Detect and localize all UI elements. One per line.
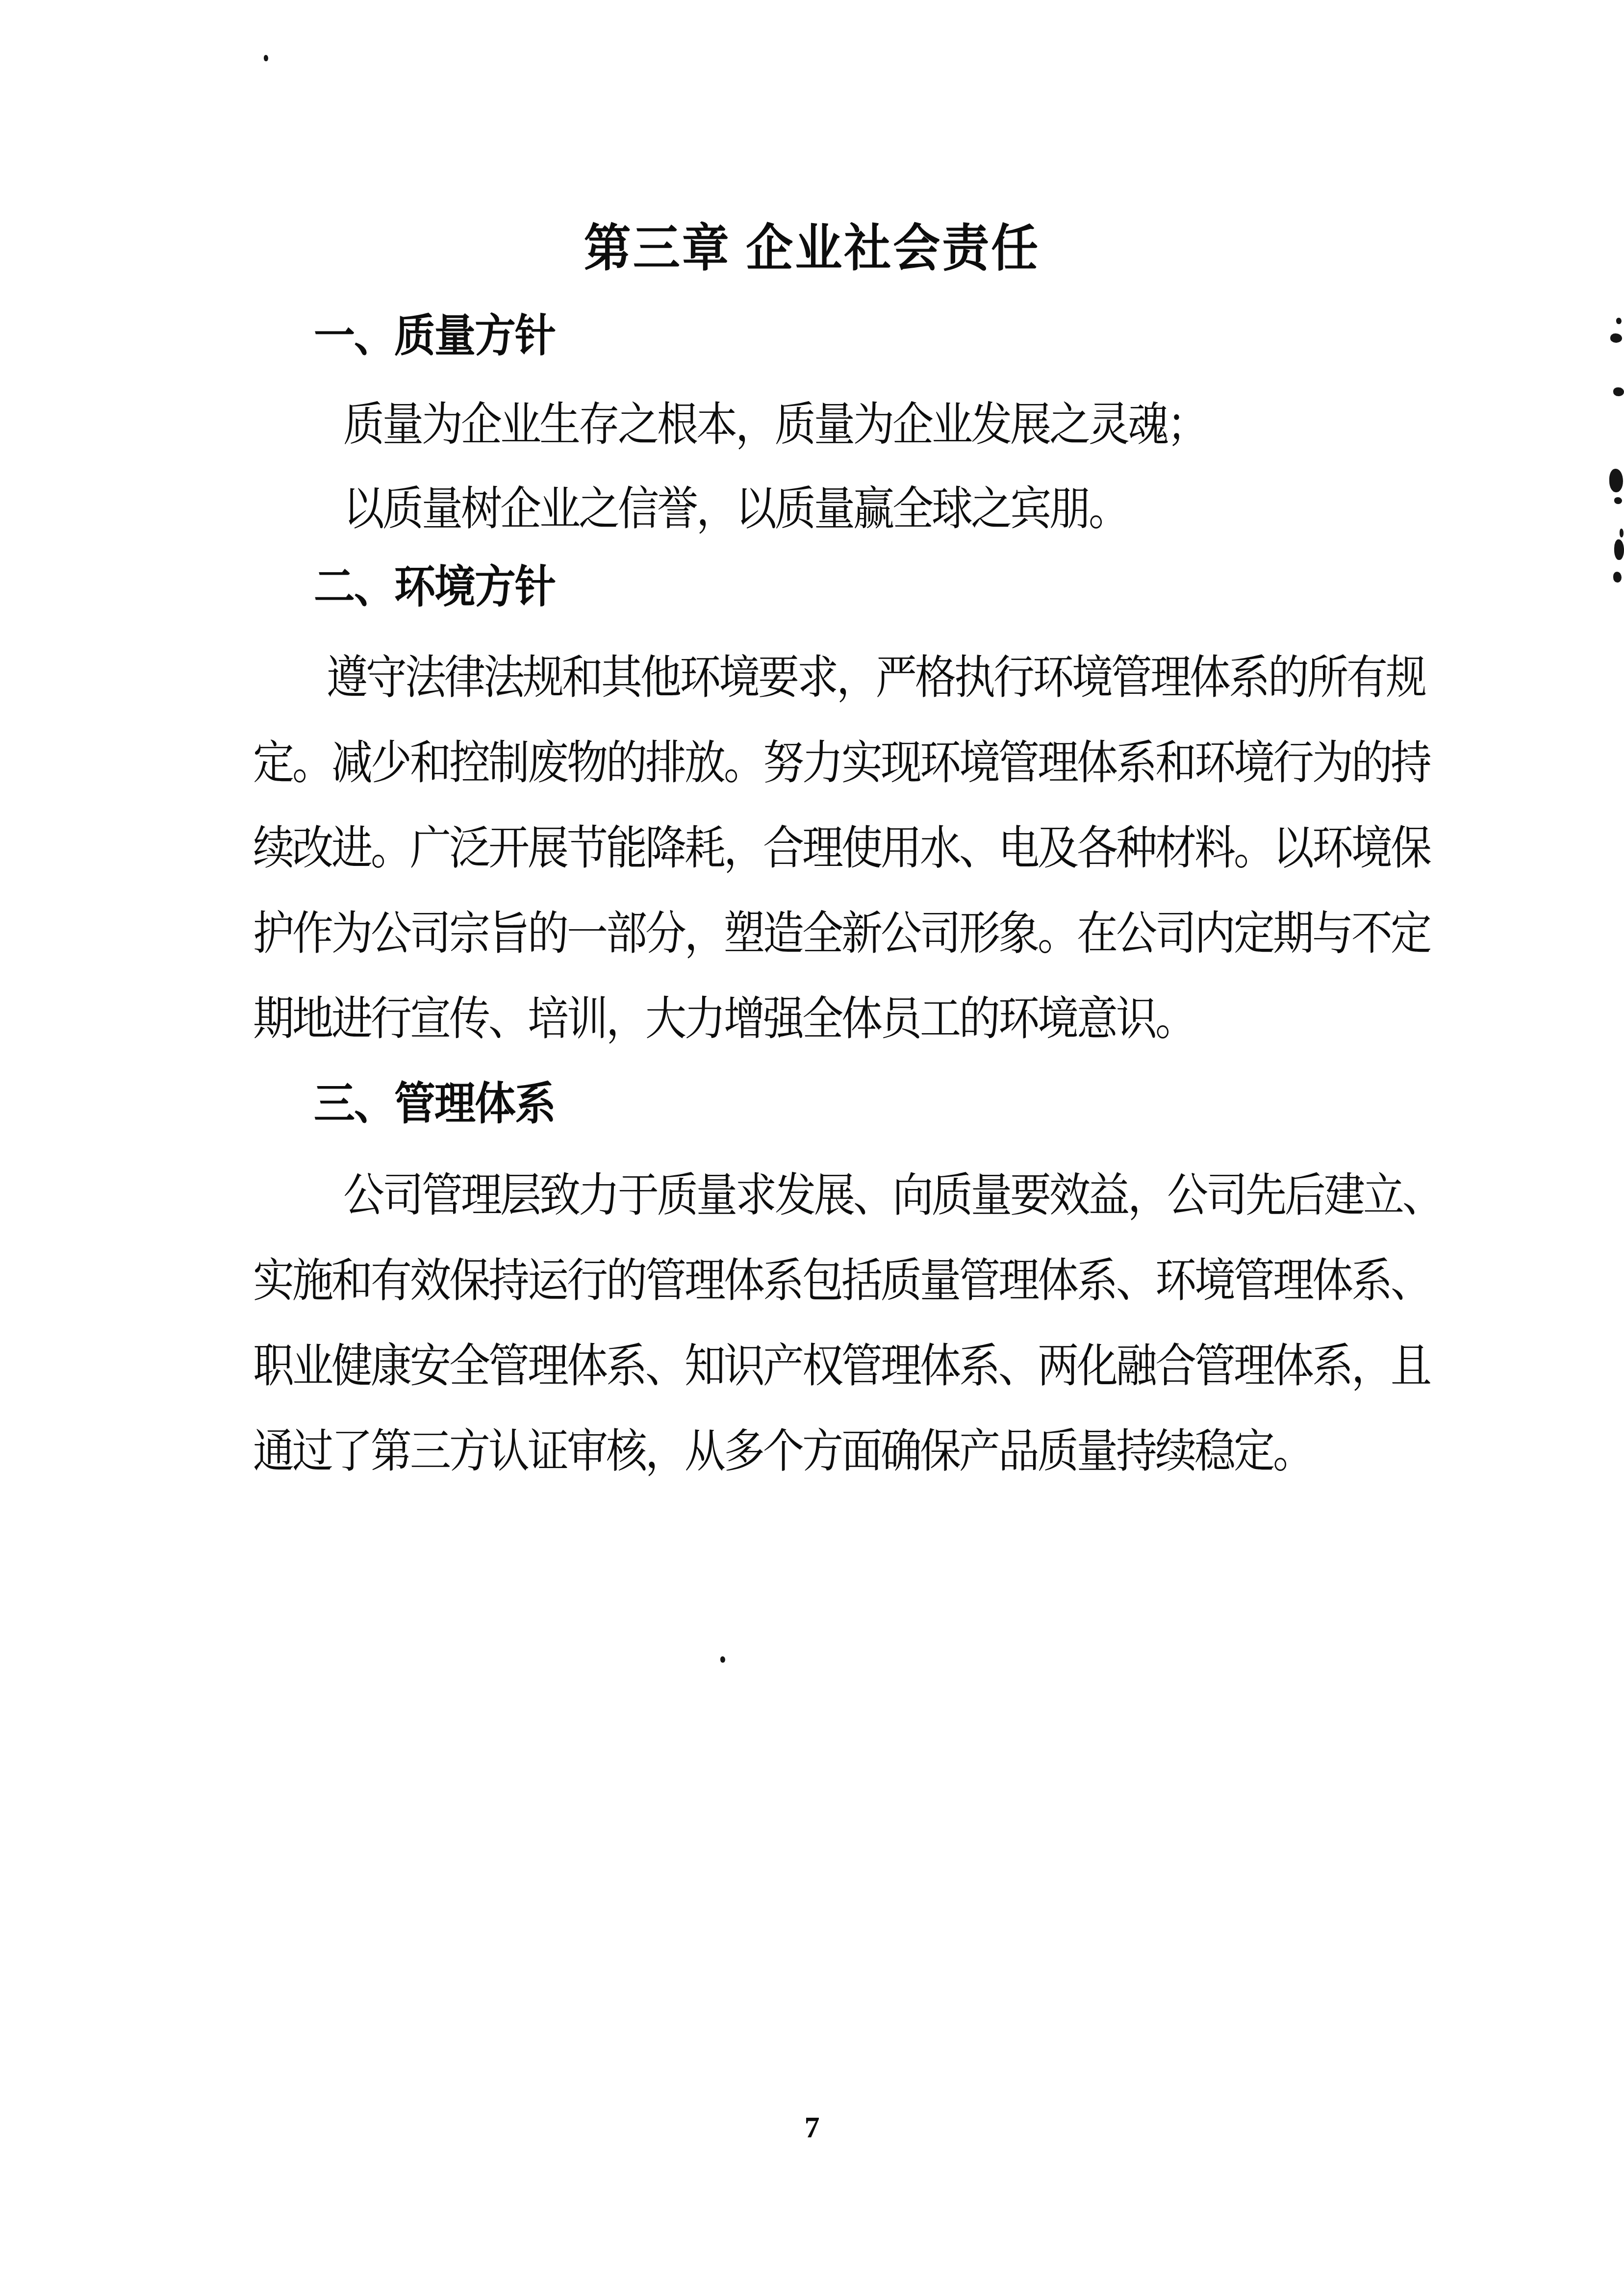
paragraph-line: 实施和有效保持运行的管理体系包括质量管理体系、环境管理体系、 [253, 1243, 1430, 1310]
paragraph-line: 通过了第三方认证审核，从多个方面确保产品质量持续稳定。 [253, 1414, 1312, 1481]
scanned-document-page: 第三章 企业社会责任 一、质量方针 质量为企业生存之根本，质量为企业发展之灵魂；… [0, 0, 1624, 2281]
scan-speck [1610, 333, 1622, 343]
section-heading-quality-policy: 一、质量方针 [314, 300, 555, 364]
scan-speck [1616, 318, 1622, 324]
paragraph-line: 定。减少和控制废物的排放。努力实现环境管理体系和环境行为的持 [253, 726, 1430, 792]
paragraph-line: 遵守法律法规和其他环境要求，严格执行环境管理体系的所有规 [327, 640, 1425, 707]
scan-speck [1613, 572, 1622, 583]
page-number: 7 [0, 2110, 1624, 2145]
scan-speck [1609, 469, 1623, 492]
scan-speck [1613, 387, 1624, 396]
section-heading-management-systems: 三、管理体系 [314, 1068, 555, 1132]
scan-speck [264, 55, 268, 61]
paragraph-line: 职业健康安全管理体系、知识产权管理体系、两化融合管理体系，且 [253, 1329, 1430, 1395]
scan-speck [1614, 539, 1624, 560]
paragraph-line: 期地进行宣传、培训，大力增强全体员工的环境意识。 [253, 982, 1194, 1048]
chapter-title: 第三章 企业社会责任 [0, 208, 1624, 280]
scan-speck [720, 1656, 725, 1663]
paragraph-line: 续改进。广泛开展节能降耗，合理使用水、电及各种材料。以环境保 [253, 811, 1430, 878]
paragraph-line: 护作为公司宗旨的一部分，塑造全新公司形象。在公司内定期与不定 [253, 896, 1430, 963]
scan-speck [1620, 529, 1624, 537]
paragraph-line: 以质量树企业之信誉，以质量赢全球之宾朋。 [343, 472, 1128, 538]
paragraph-line: 质量为企业生存之根本，质量为企业发展之灵魂； [343, 387, 1206, 454]
scan-speck [1614, 497, 1622, 504]
section-heading-environmental-policy: 二、环境方针 [314, 551, 555, 615]
paragraph-line: 公司管理层致力于质量求发展、向质量要效益，公司先后建立、 [343, 1158, 1442, 1225]
